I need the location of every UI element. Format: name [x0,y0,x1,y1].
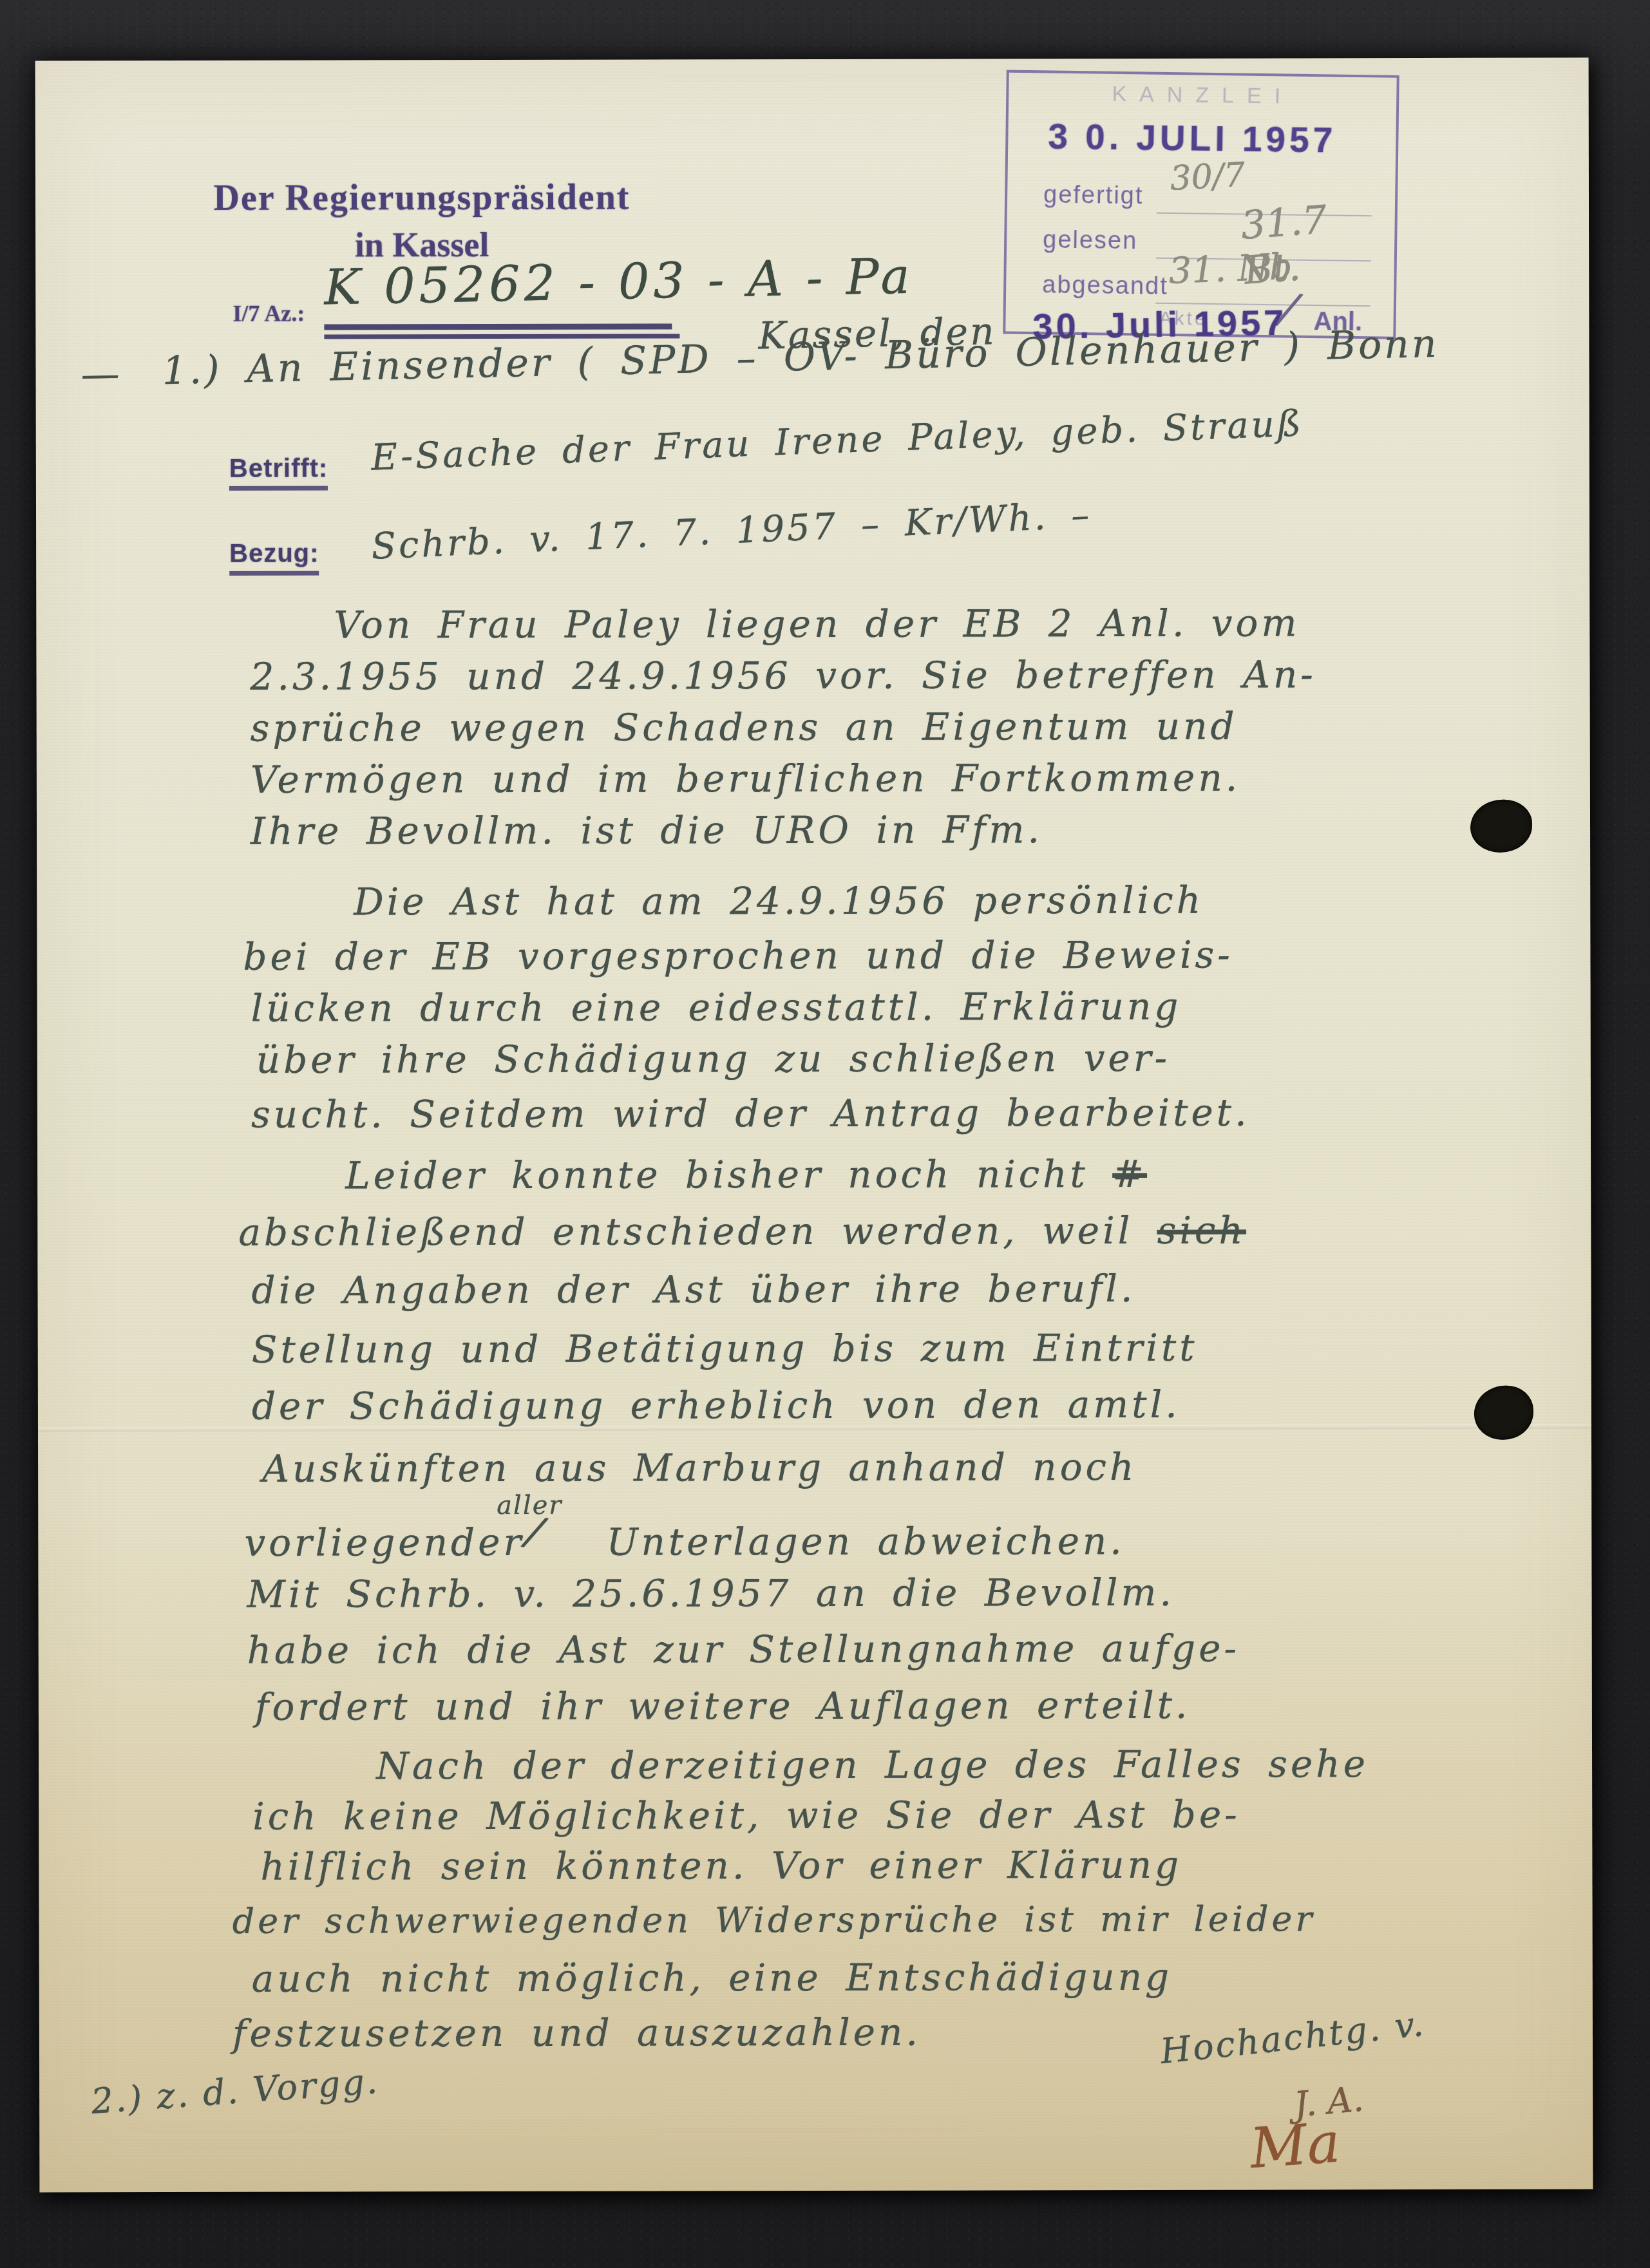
az-label: I/7 Az.: [232,300,305,327]
body-line: Nach der derzeitigen Lage des Falles seh… [376,1742,1369,1788]
body-struck-mark: # [1112,1152,1147,1196]
disposition-note: 2.) z. d. Vorgg. [90,2061,380,2122]
address-dash: — [81,352,122,397]
body-line: abschließend entschieden werden, weil si… [238,1209,1246,1254]
body-line-text: Unterlagen abweichen. [607,1519,1125,1564]
body-line: Von Frau Paley liegen der EB 2 Anl. vom [334,601,1300,647]
body-line: sucht. Seitdem wird der Antrag bearbeite… [251,1091,1250,1137]
body-line: Die Ast hat am 24.9.1956 persönlich [354,878,1204,924]
body-line: Mit Schrb. v. 25.6.1957 an die Bevollm. [247,1571,1174,1616]
scan-background: Der Regierungspräsident in Kassel I/7 Az… [0,0,1650,2268]
body-line: habe ich die Ast zur Stellungnahme aufge… [247,1627,1240,1672]
valediction: Hochachtg. v. [1159,2003,1427,2072]
punch-hole-top [1470,800,1532,853]
kanzlei-row-abgesandt-label: abgesandt [1042,271,1168,301]
bezug-stamp-label: Bezug: [229,540,319,576]
punch-hole-bottom [1474,1386,1533,1440]
body-line: der Schädigung erheblich von den amtl. [252,1383,1181,1428]
kanzlei-row-gefertigt-value: 30/7 [1169,156,1246,198]
body-line: Vermögen und im beruflichen Fortkommen. [251,756,1240,802]
body-line: sprüche wegen Schadens an Eigentum und [251,704,1238,750]
signature: Ma [1248,2111,1342,2182]
body-line: Ihre Bevollm. ist die URO in Ffm. [251,808,1043,853]
body-line-text: abschließend entschieden werden, weil [238,1209,1133,1254]
body-line: Stellung und Betätigung bis zum Eintritt [252,1326,1198,1372]
body-line: hilflich sein könnten. Vor einer Klärung [260,1843,1182,1889]
body-line: Leider konnte bisher noch nicht # [345,1152,1147,1198]
body-line-with-insertion: vorliegender/ aller Unterlagen abweichen… [244,1519,1125,1565]
letter-page: Der Regierungspräsident in Kassel I/7 Az… [35,57,1593,2192]
kanzlei-row-abgesandt-value: 31. Nb [1168,246,1293,292]
body-line: fordert und ihr weitere Auflagen erteilt… [255,1683,1191,1729]
kanzlei-stamp-title: KANZLEI [1009,80,1396,111]
kanzlei-row-gelesen-label: gelesen [1043,226,1138,255]
body-line: 2.3.1955 und 24.9.1956 vor. Sie betreffe… [250,652,1316,698]
body-struck-word: sich [1157,1209,1246,1252]
body-line: lücken durch eine eidesstattl. Erklärung [251,985,1182,1030]
letterhead-line1: Der Regierungspräsident [177,174,667,222]
body-line: Auskünften aus Marburg anhand noch [262,1445,1137,1491]
betrifft-text: E-Sache der Frau Irene Paley, geb. Strau… [370,402,1304,479]
body-line: auch nicht möglich, eine Entschädigung [252,1955,1173,2001]
body-line: über ihre Schädigung zu schließen ver- [256,1036,1170,1082]
body-line: bei der EB vorgesprochen und die Beweis- [243,933,1233,979]
inserted-word: aller [497,1491,562,1520]
az-value-handwritten: K 05262 - 03 - A - Pa [323,247,914,316]
az-underline-top [324,323,672,330]
body-line-text: vorliegender [244,1520,524,1565]
betrifft-stamp-label: Betrifft: [229,455,328,491]
kanzlei-stamp-box: KANZLEI 3 0. JULI 1957 gefertigt gelesen… [1003,70,1399,339]
body-line: festzusetzen und auszuzahlen. [232,2010,921,2055]
body-line: die Angaben der Ast über ihre berufl. [251,1267,1135,1312]
body-line-text: Leider konnte bisher noch nicht [345,1152,1088,1197]
kanzlei-stamp-date: 3 0. JULI 1957 [1048,115,1337,160]
body-line: der schwerwiegenden Widersprüche ist mir… [232,1898,1316,1942]
kanzlei-row-gefertigt-label: gefertigt [1043,181,1144,210]
bezug-text: Schrb. v. 17. 7. 1957 – Kr/Wh. – [370,495,1092,568]
body-line: ich keine Möglichkeit, wie Sie der Ast b… [252,1793,1240,1838]
